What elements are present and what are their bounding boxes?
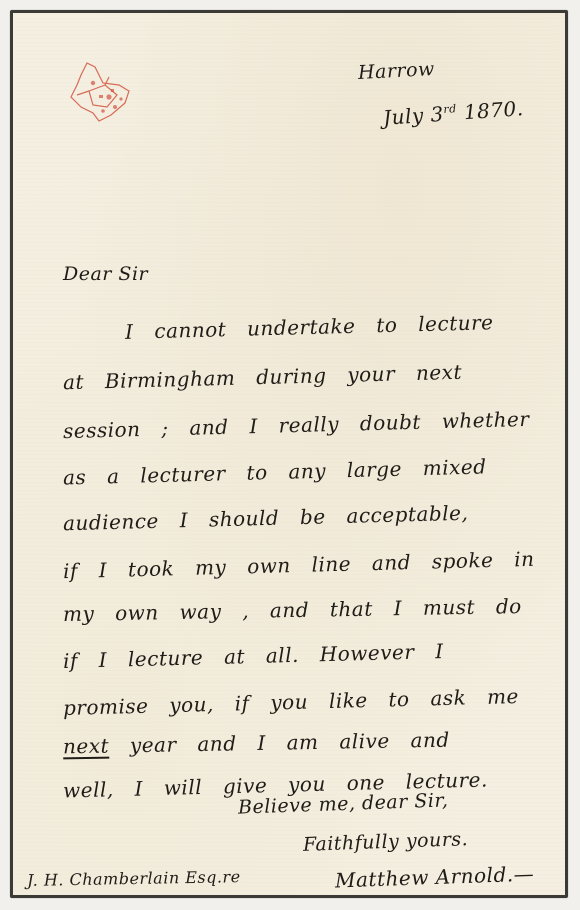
body-line: at Birmingham during your next [63,360,462,394]
body-line: if I took my own line and spoke in [63,547,535,583]
signature: Matthew Arnold.— [335,862,535,893]
red-crest-stamp-icon [59,55,139,135]
body-line: as a lecturer to any large mixed [63,454,487,489]
date-suffix: rd [443,102,457,116]
scanned-letter-page: Harrow July 3rd 1870. Dear Sir I cannot … [0,0,580,910]
body-line: promise you, if you like to ask me [63,684,519,720]
letter-paper: Harrow July 3rd 1870. Dear Sir I cannot … [10,10,568,898]
body-line: I cannot undertake to lecture [125,310,494,344]
body-line: session ; and I really doubt whether [63,407,530,443]
letter-place: Harrow [357,58,435,84]
body-line: audience I should be acceptable, [63,501,469,536]
body-line: if I lecture at all. However I [63,639,444,673]
date-day: July 3 [382,102,444,130]
addressee: J. H. Chamberlain Esq.re [27,867,241,890]
date-year: 1870. [463,96,524,124]
body-line: next year and I am alive and [63,728,450,759]
salutation: Dear Sir [63,263,148,285]
body-line-text: year and I am alive and [130,728,450,758]
body-line: my own way , and that I must do [63,594,522,626]
letter-date: July 3rd 1870. [382,96,524,130]
closing-line: Faithfully yours. [303,828,469,856]
underlined-word: next [63,734,109,759]
signature-underline [375,896,505,898]
